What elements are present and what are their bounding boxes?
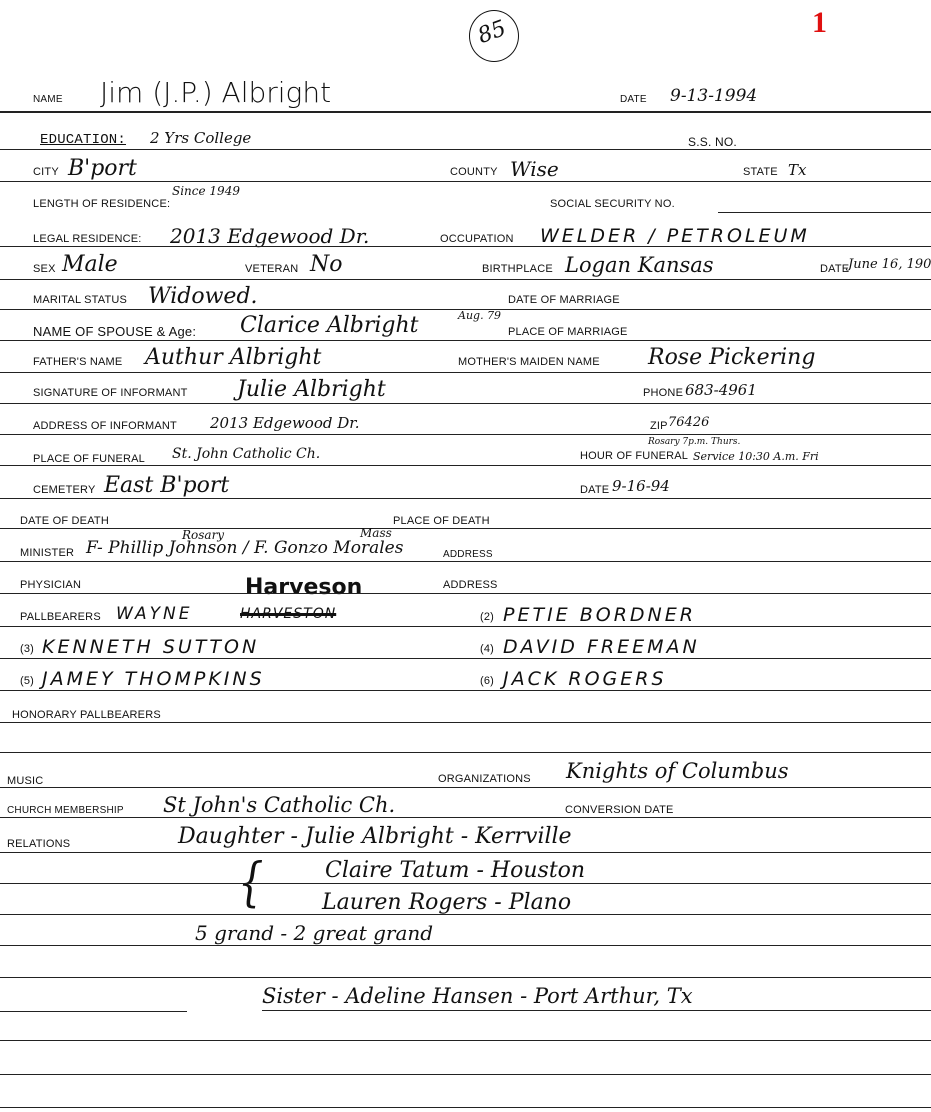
cemetery-label: CEMETERY <box>33 484 96 496</box>
pallbearer-4: DAVID FREEMAN <box>503 636 700 658</box>
rule <box>0 852 931 853</box>
hour-of-funeral-value: Service 10:30 A.m. Fri <box>693 450 819 463</box>
phone-value: 683-4961 <box>685 381 757 399</box>
ss-no-label: S.S. NO. <box>688 135 737 149</box>
physician-label: PHYSICIAN <box>20 579 81 591</box>
church-membership-value: St John's Catholic Ch. <box>163 793 395 817</box>
spouse-value: Clarice Albright <box>240 313 419 338</box>
legal-residence-value: 2013 Edgewood Dr. <box>170 224 369 248</box>
music-label: MUSIC <box>7 775 43 787</box>
zip-value: 76426 <box>668 415 709 430</box>
rule <box>0 752 931 753</box>
rule <box>0 528 931 529</box>
birth-date-label: DATE <box>820 263 849 275</box>
place-of-funeral-value: St. John Catholic Ch. <box>172 446 320 462</box>
state-value: Tx <box>788 161 806 179</box>
cemetery-value: East B'port <box>104 473 229 498</box>
pallbearer-6: JACK ROGERS <box>503 668 667 690</box>
name-value: Jim (J.P.) Albright <box>100 76 331 109</box>
father-label: FATHER'S NAME <box>33 356 122 368</box>
city-value: B'port <box>68 156 137 181</box>
rule <box>0 977 931 978</box>
rule <box>0 372 931 373</box>
date-value: 9-13-1994 <box>670 86 757 106</box>
pallbearer-num-4: (4) <box>480 643 494 655</box>
mother-label: MOTHER'S MAIDEN NAME <box>458 356 600 368</box>
relations-label: RELATIONS <box>7 838 70 850</box>
cemetery-date-label: DATE <box>580 484 609 496</box>
place-of-death-label: PLACE OF DEATH <box>393 515 490 527</box>
city-label: CITY <box>33 166 59 178</box>
informant-address-label: ADDRESS OF INFORMANT <box>33 420 177 432</box>
length-of-residence-value: Since 1949 <box>172 184 240 198</box>
hour-of-funeral-label: HOUR OF FUNERAL <box>580 450 688 462</box>
rule <box>0 787 931 788</box>
informant-signature-value: Julie Albright <box>237 377 386 402</box>
rule <box>0 498 931 499</box>
pallbearers-label: PALLBEARERS <box>20 611 101 623</box>
rule <box>0 690 931 691</box>
place-of-marriage-label: PLACE OF MARRIAGE <box>508 326 628 338</box>
birthplace-value: Logan Kansas <box>565 253 714 277</box>
rule <box>0 945 931 946</box>
rule <box>718 212 931 213</box>
church-membership-label: CHURCH MEMBERSHIP <box>7 805 124 816</box>
rule <box>0 111 931 113</box>
mother-value: Rose Pickering <box>648 345 815 370</box>
occupation-value: WELDER / PETROLEUM <box>540 225 810 247</box>
pallbearer-num-6: (6) <box>480 675 494 687</box>
conversion-date-label: CONVERSION DATE <box>565 804 674 816</box>
rule <box>0 340 931 341</box>
rule <box>0 279 931 280</box>
pallbearer-num-5: (5) <box>20 675 34 687</box>
name-label: NAME <box>33 94 63 105</box>
marriage-note: Aug. 79 <box>458 309 501 322</box>
cemetery-date-value: 9-16-94 <box>612 477 670 495</box>
length-of-residence-label: LENGTH OF RESIDENCE: <box>33 198 170 210</box>
zip-label: ZIP <box>650 420 668 432</box>
occupation-label: OCCUPATION <box>440 233 514 245</box>
rule <box>0 914 931 915</box>
father-value: Authur Albright <box>145 345 321 370</box>
veteran-label: VETERAN <box>245 263 298 275</box>
informant-address-value: 2013 Edgewood Dr. <box>210 414 360 432</box>
veteran-value: No <box>310 252 343 277</box>
pallbearer-5: JAMEY THOMPKINS <box>42 668 265 690</box>
rule <box>0 1074 931 1075</box>
rule <box>0 149 931 150</box>
phone-label: PHONE <box>643 387 683 399</box>
rule <box>0 658 931 659</box>
pallbearer-num-2: (2) <box>480 611 494 623</box>
honorary-pallbearers-label: HONORARY PALLBEARERS <box>12 709 161 721</box>
date-label: DATE <box>620 94 647 105</box>
education-value: 2 Yrs College <box>150 129 251 147</box>
informant-signature-label: SIGNATURE OF INFORMANT <box>33 387 188 399</box>
organizations-value: Knights of Columbus <box>566 759 789 783</box>
rule <box>0 593 931 594</box>
birthplace-label: BIRTHPLACE <box>482 263 553 275</box>
pallbearer-1: WAYNE <box>116 604 192 624</box>
rule <box>262 1010 931 1011</box>
social-security-label: SOCIAL SECURITY NO. <box>550 198 675 210</box>
pallbearer-struck-name: HARVESTON <box>240 606 336 622</box>
relation-line-5: Sister - Adeline Hansen - Port Arthur, T… <box>262 984 693 1008</box>
spouse-label: NAME OF SPOUSE & Age: <box>33 324 196 339</box>
rule <box>0 722 931 723</box>
rule <box>0 626 931 627</box>
pallbearer-num-3: (3) <box>20 643 34 655</box>
rosary-note: Rosary 7p.m. Thurs. <box>648 437 740 447</box>
rule <box>0 561 931 562</box>
legal-residence-label: LEGAL RESIDENCE: <box>33 233 142 245</box>
pallbearer-2: PETIE BORDNER <box>503 604 696 626</box>
education-label: EDUCATION: <box>40 132 126 148</box>
rule <box>0 246 931 247</box>
date-of-marriage-label: DATE OF MARRIAGE <box>508 294 620 306</box>
sex-value: Male <box>62 252 118 277</box>
organizations-label: ORGANIZATIONS <box>438 773 531 785</box>
state-label: STATE <box>743 166 778 178</box>
rule <box>0 1040 931 1041</box>
page-number: 1 <box>812 6 827 40</box>
rule <box>0 1107 931 1108</box>
place-of-funeral-label: PLACE OF FUNERAL <box>33 453 145 465</box>
relation-line-2: Claire Tatum - Houston <box>325 858 585 883</box>
rule <box>0 403 931 404</box>
pallbearer-3: KENNETH SUTTON <box>42 636 259 658</box>
county-label: COUNTY <box>450 166 498 178</box>
minister-label: MINISTER <box>20 547 74 559</box>
rule <box>0 181 931 182</box>
relation-line-3: Lauren Rogers - Plano <box>322 890 571 915</box>
rule <box>0 434 931 435</box>
physician-address-label: ADDRESS <box>443 579 498 591</box>
county-value: Wise <box>510 157 559 181</box>
pallbearer-inserted-name: Harveson <box>245 575 362 600</box>
rule <box>0 1011 187 1012</box>
marital-status-label: MARITAL STATUS <box>33 294 127 306</box>
minister-address-label: ADDRESS <box>443 549 493 560</box>
minister-value: F- Phillip Johnson / F. Gonzo Morales <box>86 538 403 558</box>
sex-label: SEX <box>33 263 56 275</box>
relation-line-1: Daughter - Julie Albright - Kerrville <box>178 824 572 849</box>
date-of-death-label: DATE OF DEATH <box>20 515 109 527</box>
relation-line-4: 5 grand - 2 great grand <box>195 921 433 945</box>
marital-status-value: Widowed. <box>148 284 258 309</box>
birth-date-value: June 16, 1909 <box>848 257 931 272</box>
rule <box>0 817 931 818</box>
rule <box>0 883 931 884</box>
rule <box>0 465 931 466</box>
